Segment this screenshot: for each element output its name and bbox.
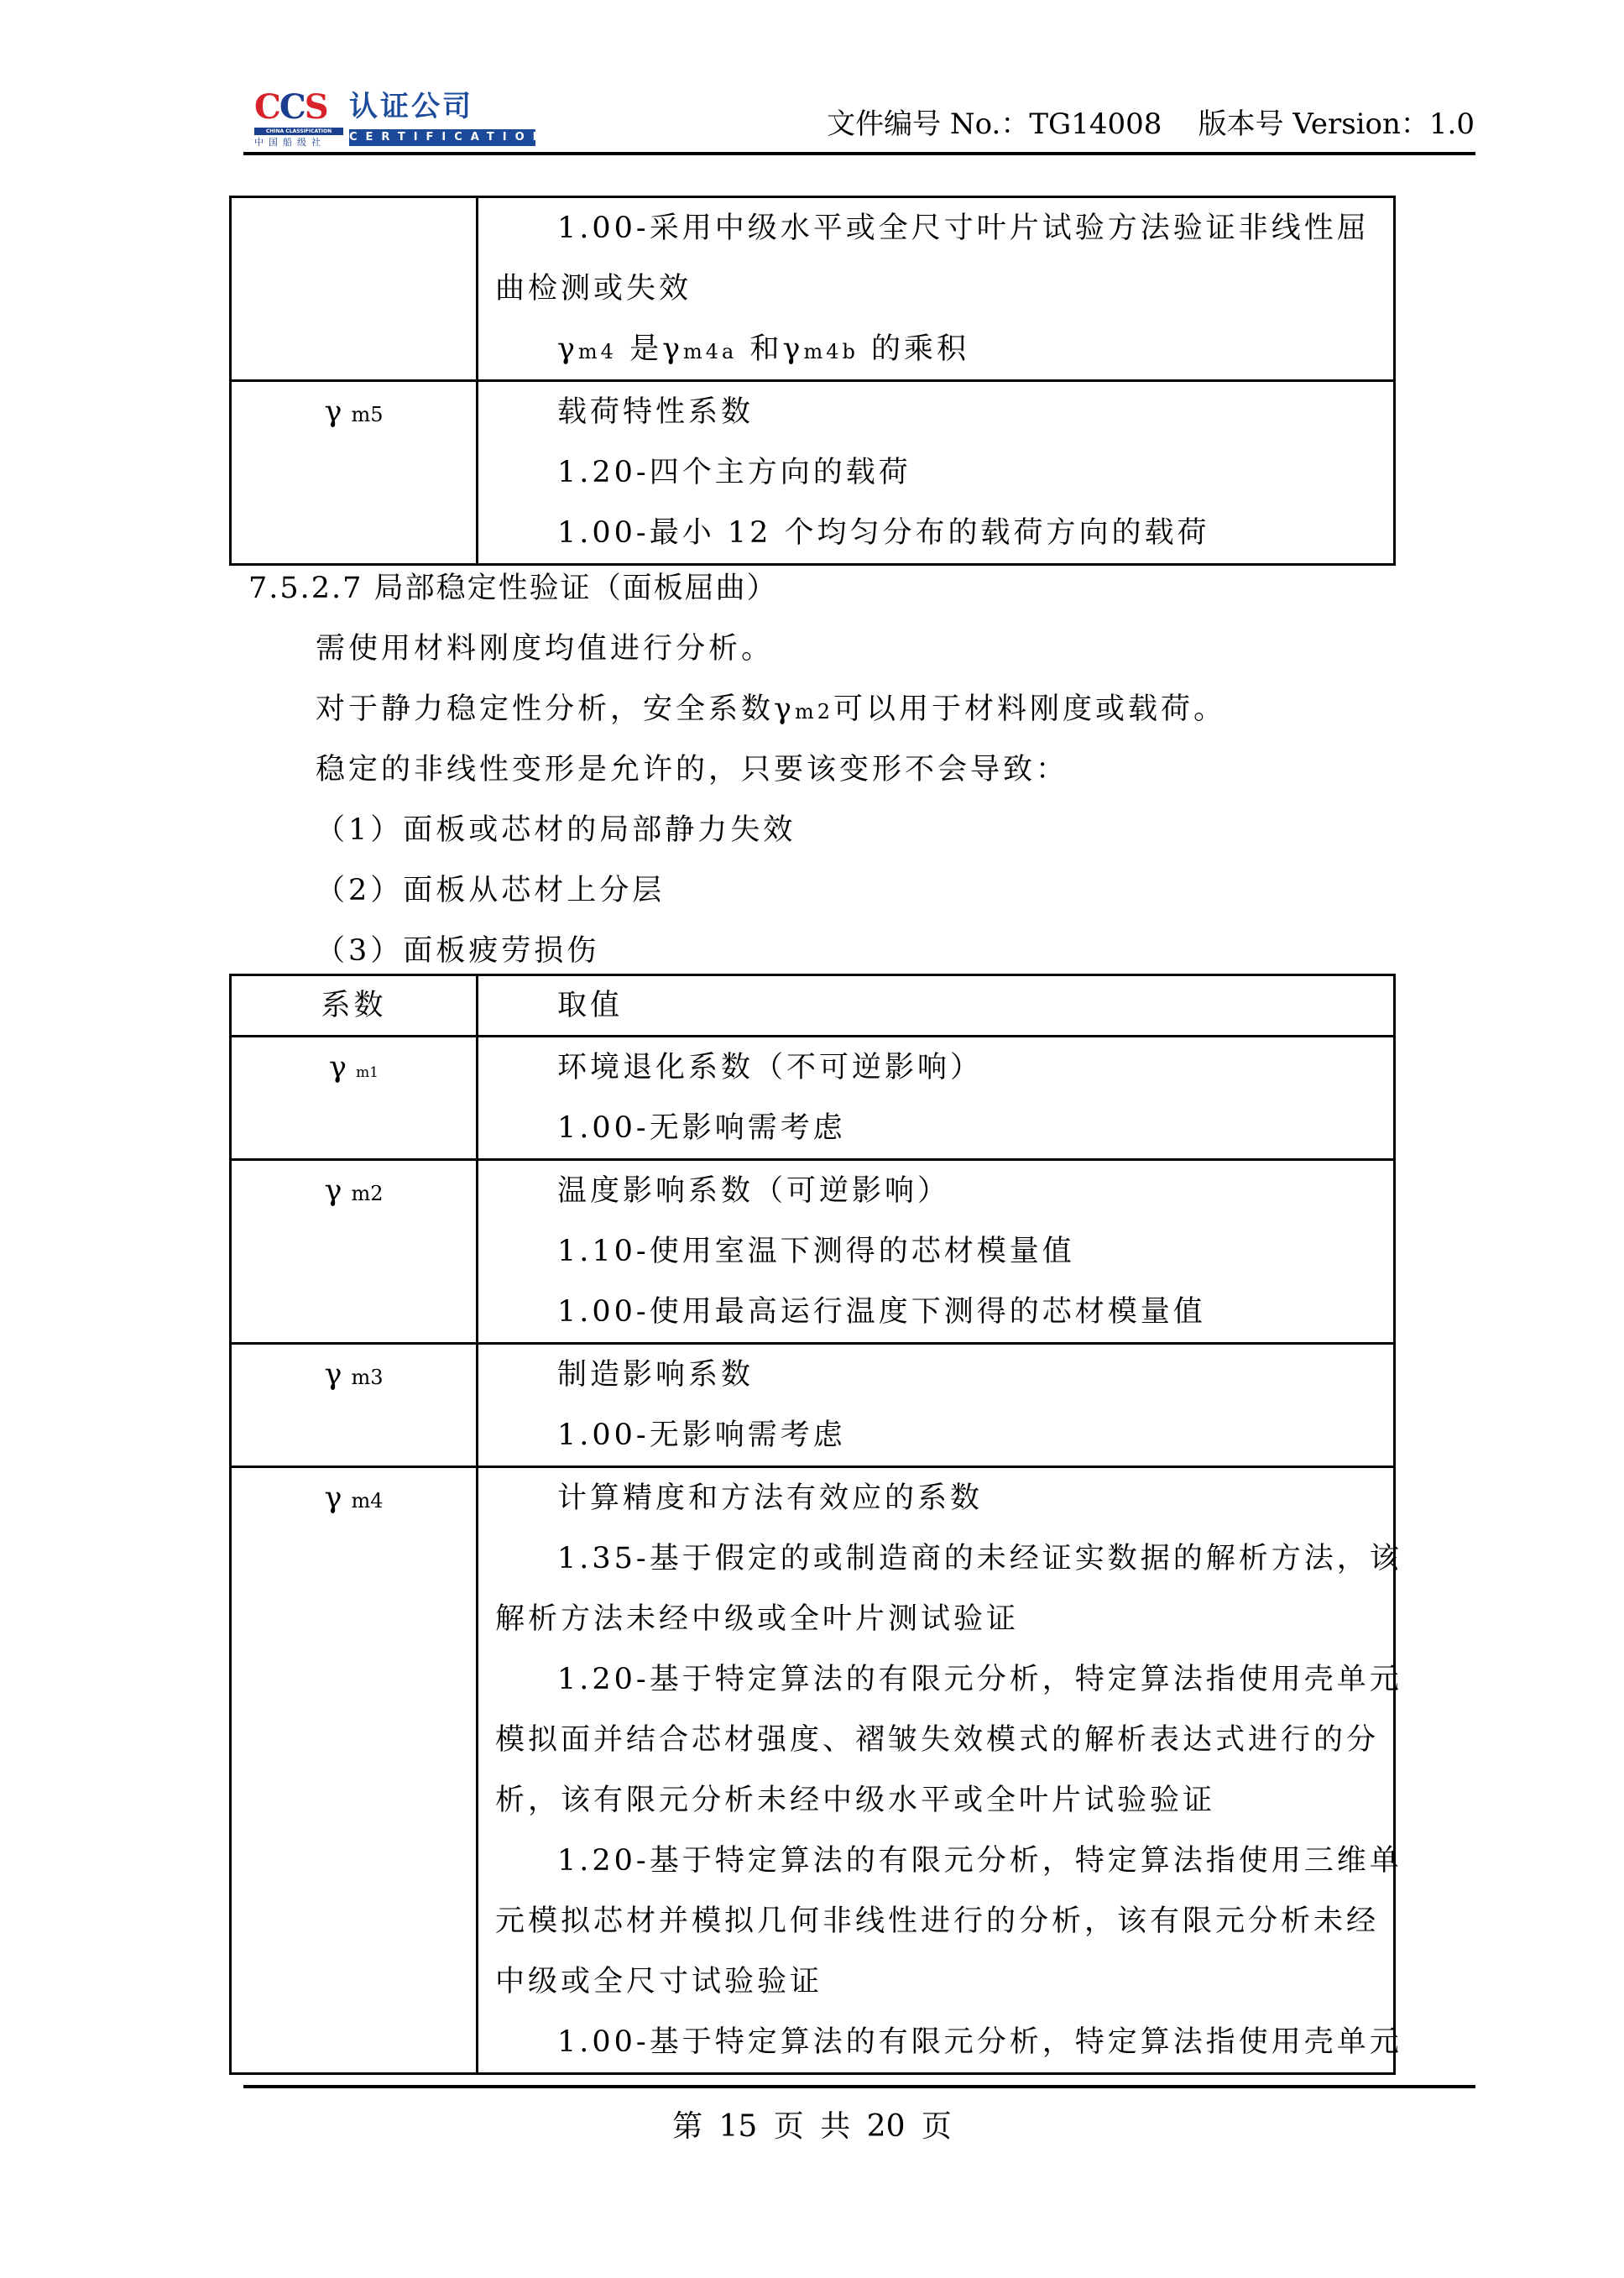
table-row: 1.00-采用中级水平或全尺寸叶片试验方法验证非线性屈 曲检测或失效 γm4 是…: [231, 197, 1395, 381]
version-label: 版本号 Version：: [1198, 107, 1429, 141]
list-item: （1）面板或芯材的局部静力失效: [316, 800, 796, 860]
table-row: γ m5 载荷特性系数 1.20-四个主方向的载荷 1.00-最小 12 个均匀…: [231, 381, 1395, 565]
value-line: 中级或全尺寸试验验证: [495, 1951, 1383, 2012]
value-line: 1.00-无影响需考虑: [495, 1405, 1383, 1466]
value-line: 1.00-最小 12 个均匀分布的载荷方向的载荷: [495, 503, 1383, 563]
table-header-row: 系数 取值: [231, 975, 1395, 1037]
factor-table-continued: 1.00-采用中级水平或全尺寸叶片试验方法验证非线性屈 曲检测或失效 γm4 是…: [229, 196, 1396, 566]
value-cell: 载荷特性系数 1.20-四个主方向的载荷 1.00-最小 12 个均匀分布的载荷…: [478, 381, 1395, 565]
factor-cell: γ m1: [231, 1037, 478, 1160]
factor-cell: γ m4: [231, 1467, 478, 2074]
column-header-value: 取值: [478, 975, 1395, 1037]
table-row: γ m1 环境退化系数（不可逆影响） 1.00-无影响需考虑: [231, 1037, 1395, 1160]
value-cell: 制造影响系数 1.00-无影响需考虑: [478, 1344, 1395, 1467]
doc-number-label: 文件编号 No.：: [827, 107, 1029, 141]
value-line: 模拟面并结合芯材强度、褶皱失效模式的解析表达式进行的分: [495, 1710, 1383, 1770]
value-line: 1.00-无影响需考虑: [495, 1098, 1383, 1158]
column-header-factor: 系数: [231, 975, 478, 1037]
value-line: 1.00-采用中级水平或全尺寸叶片试验方法验证非线性屈: [495, 198, 1383, 259]
document-number-line: 文件编号 No.：TG14008 版本号 Version：1.0: [827, 106, 1475, 143]
header-rule: [243, 152, 1475, 155]
paragraph: 对于静力稳定性分析，安全系数γm2可以用于材料刚度或载荷。: [316, 679, 1226, 742]
logo-company-name: 认证公司: [349, 91, 473, 123]
value-cell: 1.00-采用中级水平或全尺寸叶片试验方法验证非线性屈 曲检测或失效 γm4 是…: [478, 197, 1395, 381]
factor-symbol: γ m1: [232, 1037, 476, 1098]
value-line: 1.20-四个主方向的载荷: [495, 442, 1383, 503]
page-number: 第 15 页 共 20 页: [0, 2108, 1624, 2145]
value-line: 计算精度和方法有效应的系数: [495, 1468, 1383, 1528]
value-line: 制造影响系数: [495, 1345, 1383, 1405]
value-line: 1.20-基于特定算法的有限元分析，特定算法指使用壳单元: [495, 1649, 1383, 1710]
section-number: 7.5.2.7: [248, 572, 363, 605]
value-line: 曲检测或失效: [495, 259, 1383, 319]
factor-symbol: γ m4: [232, 1468, 476, 1528]
value-line: 1.20-基于特定算法的有限元分析，特定算法指使用三维单: [495, 1831, 1383, 1891]
value-line: 元模拟芯材并模拟几何非线性进行的分析，该有限元分析未经: [495, 1891, 1383, 1951]
value-line-product: γm4 是γm4a 和γm4b 的乘积: [495, 319, 1383, 379]
logo-society-en: CHINA CLASSIFICATION SOCIETY: [254, 128, 343, 135]
ccs-certification-logo: CCS 认证公司 CHINA CLASSIFICATION SOCIETY 中国…: [254, 91, 544, 148]
logo-society-cn: 中国船级社: [254, 137, 326, 148]
list-item: （3）面板疲劳损伤: [316, 921, 599, 981]
value-line: 1.35-基于假定的或制造商的未经证实数据的解析方法，该: [495, 1528, 1383, 1589]
table-row: γ m3 制造影响系数 1.00-无影响需考虑: [231, 1344, 1395, 1467]
table-row: γ m4 计算精度和方法有效应的系数 1.35-基于假定的或制造商的未经证实数据…: [231, 1467, 1395, 2074]
value-line: 1.00-使用最高运行温度下测得的芯材模量值: [495, 1282, 1383, 1342]
logo-certification: CERTIFICATION: [349, 129, 535, 146]
value-line: 温度影响系数（可逆影响）: [495, 1161, 1383, 1221]
value-line: 环境退化系数（不可逆影响）: [495, 1037, 1383, 1098]
value-line: 解析方法未经中级或全叶片测试验证: [495, 1589, 1383, 1649]
factor-cell: γ m2: [231, 1160, 478, 1344]
value-cell: 环境退化系数（不可逆影响） 1.00-无影响需考虑: [478, 1037, 1395, 1160]
version-number: 1.0: [1429, 107, 1475, 141]
value-cell: 计算精度和方法有效应的系数 1.35-基于假定的或制造商的未经证实数据的解析方法…: [478, 1467, 1395, 2074]
factor-cell: γ m3: [231, 1344, 478, 1467]
factor-symbol: γ m3: [232, 1345, 476, 1405]
paragraph: 需使用材料刚度均值进行分析。: [316, 619, 774, 679]
factor-symbol: γ m2: [232, 1161, 476, 1221]
doc-number: TG14008: [1029, 107, 1162, 141]
value-line: 1.10-使用室温下测得的芯材模量值: [495, 1221, 1383, 1282]
table-row: γ m2 温度影响系数（可逆影响） 1.10-使用室温下测得的芯材模量值 1.0…: [231, 1160, 1395, 1344]
factor-table: 系数 取值 γ m1 环境退化系数（不可逆影响） 1.00-无影响需考虑 γ m…: [229, 974, 1396, 2075]
factor-cell: γ m5: [231, 381, 478, 565]
logo-ccs-mark: CCS: [254, 91, 327, 124]
value-line: 载荷特性系数: [495, 382, 1383, 442]
paragraph: 稳定的非线性变形是允许的，只要该变形不会导致：: [316, 739, 1068, 800]
section-title: 局部稳定性验证（面板屈曲）: [374, 572, 778, 605]
value-cell: 温度影响系数（可逆影响） 1.10-使用室温下测得的芯材模量值 1.00-使用最…: [478, 1160, 1395, 1344]
value-line: 析，该有限元分析未经中级水平或全叶片试验验证: [495, 1770, 1383, 1831]
section-heading: 7.5.2.7 局部稳定性验证（面板屈曲）: [248, 558, 778, 619]
factor-symbol: γ m5: [232, 382, 476, 442]
factor-cell: [231, 197, 478, 381]
list-item: （2）面板从芯材上分层: [316, 860, 665, 921]
footer-rule: [243, 2085, 1475, 2088]
value-line: 1.00-基于特定算法的有限元分析，特定算法指使用壳单元: [495, 2012, 1383, 2072]
